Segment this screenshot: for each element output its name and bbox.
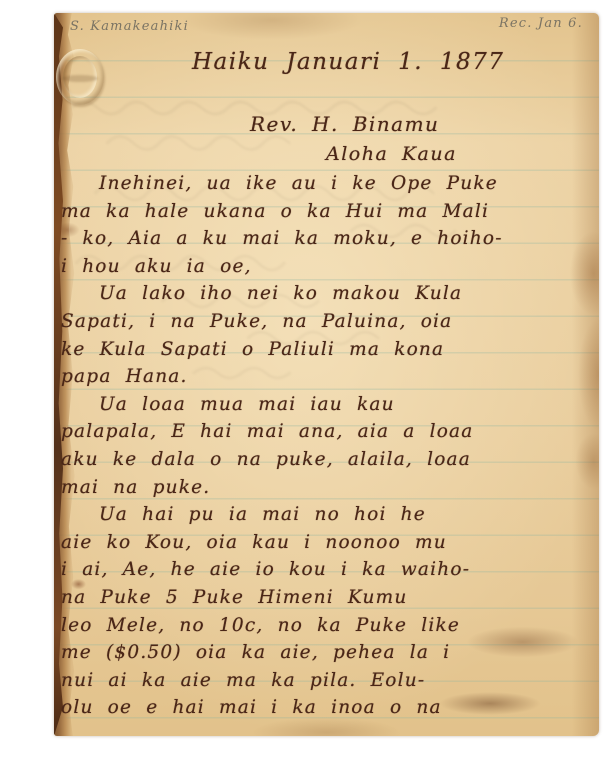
letter-line: Ua loaa mua mai iau kau xyxy=(61,391,597,419)
letter-line: mai na puke. xyxy=(61,474,597,502)
letter-line: aie ko Kou, oia kau i noonoo mu xyxy=(61,529,597,557)
archival-note-name: S. Kamakeahiki xyxy=(70,19,189,34)
letter-line: na Puke 5 Puke Himeni Kumu xyxy=(61,584,597,612)
letter-line: ma ka hale ukana o ka Hui ma Mali xyxy=(61,198,597,226)
scanned-letter-page: { "document_type": "handwritten letter (… xyxy=(0,0,612,761)
letter-line: Sapati, i na Puke, na Paluina, oia xyxy=(61,308,597,336)
letter-line: i ai, Ae, he aie io kou i ka waiho- xyxy=(61,556,597,584)
letter-body: Inehinei, ua ike au i ke Ope Pukema ka h… xyxy=(61,170,597,722)
letter-line: nui ai ka aie ma ka pila. Eolu- xyxy=(61,667,597,695)
letter-recipient: Rev. H. Binamu xyxy=(250,112,439,136)
letter-line: Ua hai pu ia mai no hoi he xyxy=(61,501,597,529)
letter-dateline: Haiku Januari 1. 1877 xyxy=(192,49,504,75)
letter-line: Ua lako iho nei ko makou Kula xyxy=(61,280,597,308)
letter-line: - ko, Aia a ku mai ka moku, e hoiho- xyxy=(61,225,597,253)
letter-line: aku ke dala o na puke, alaila, loaa xyxy=(61,446,597,474)
letter-paper: S. Kamakeahiki Rec. Jan 6. Haiku Januari… xyxy=(54,13,599,736)
letter-line: palapala, E hai mai ana, aia a loaa xyxy=(61,418,597,446)
letter-line: papa Hana. xyxy=(61,363,597,391)
letter-line: olu oe e hai mai i ka inoa o na xyxy=(61,694,597,722)
letter-salutation: Aloha Kaua xyxy=(326,143,457,165)
letter-line: leo Mele, no 10c, no ka Puke like xyxy=(61,612,597,640)
letter-line: me ($0.50) oia ka aie, pehea la i xyxy=(61,639,597,667)
embossed-seal xyxy=(56,49,104,105)
letter-line: Inehinei, ua ike au i ke Ope Puke xyxy=(61,170,597,198)
letter-line: i hou aku ia oe, xyxy=(61,253,597,281)
letter-line: ke Kula Sapati o Paliuli ma kona xyxy=(61,336,597,364)
archival-note-received: Rec. Jan 6. xyxy=(499,16,583,31)
